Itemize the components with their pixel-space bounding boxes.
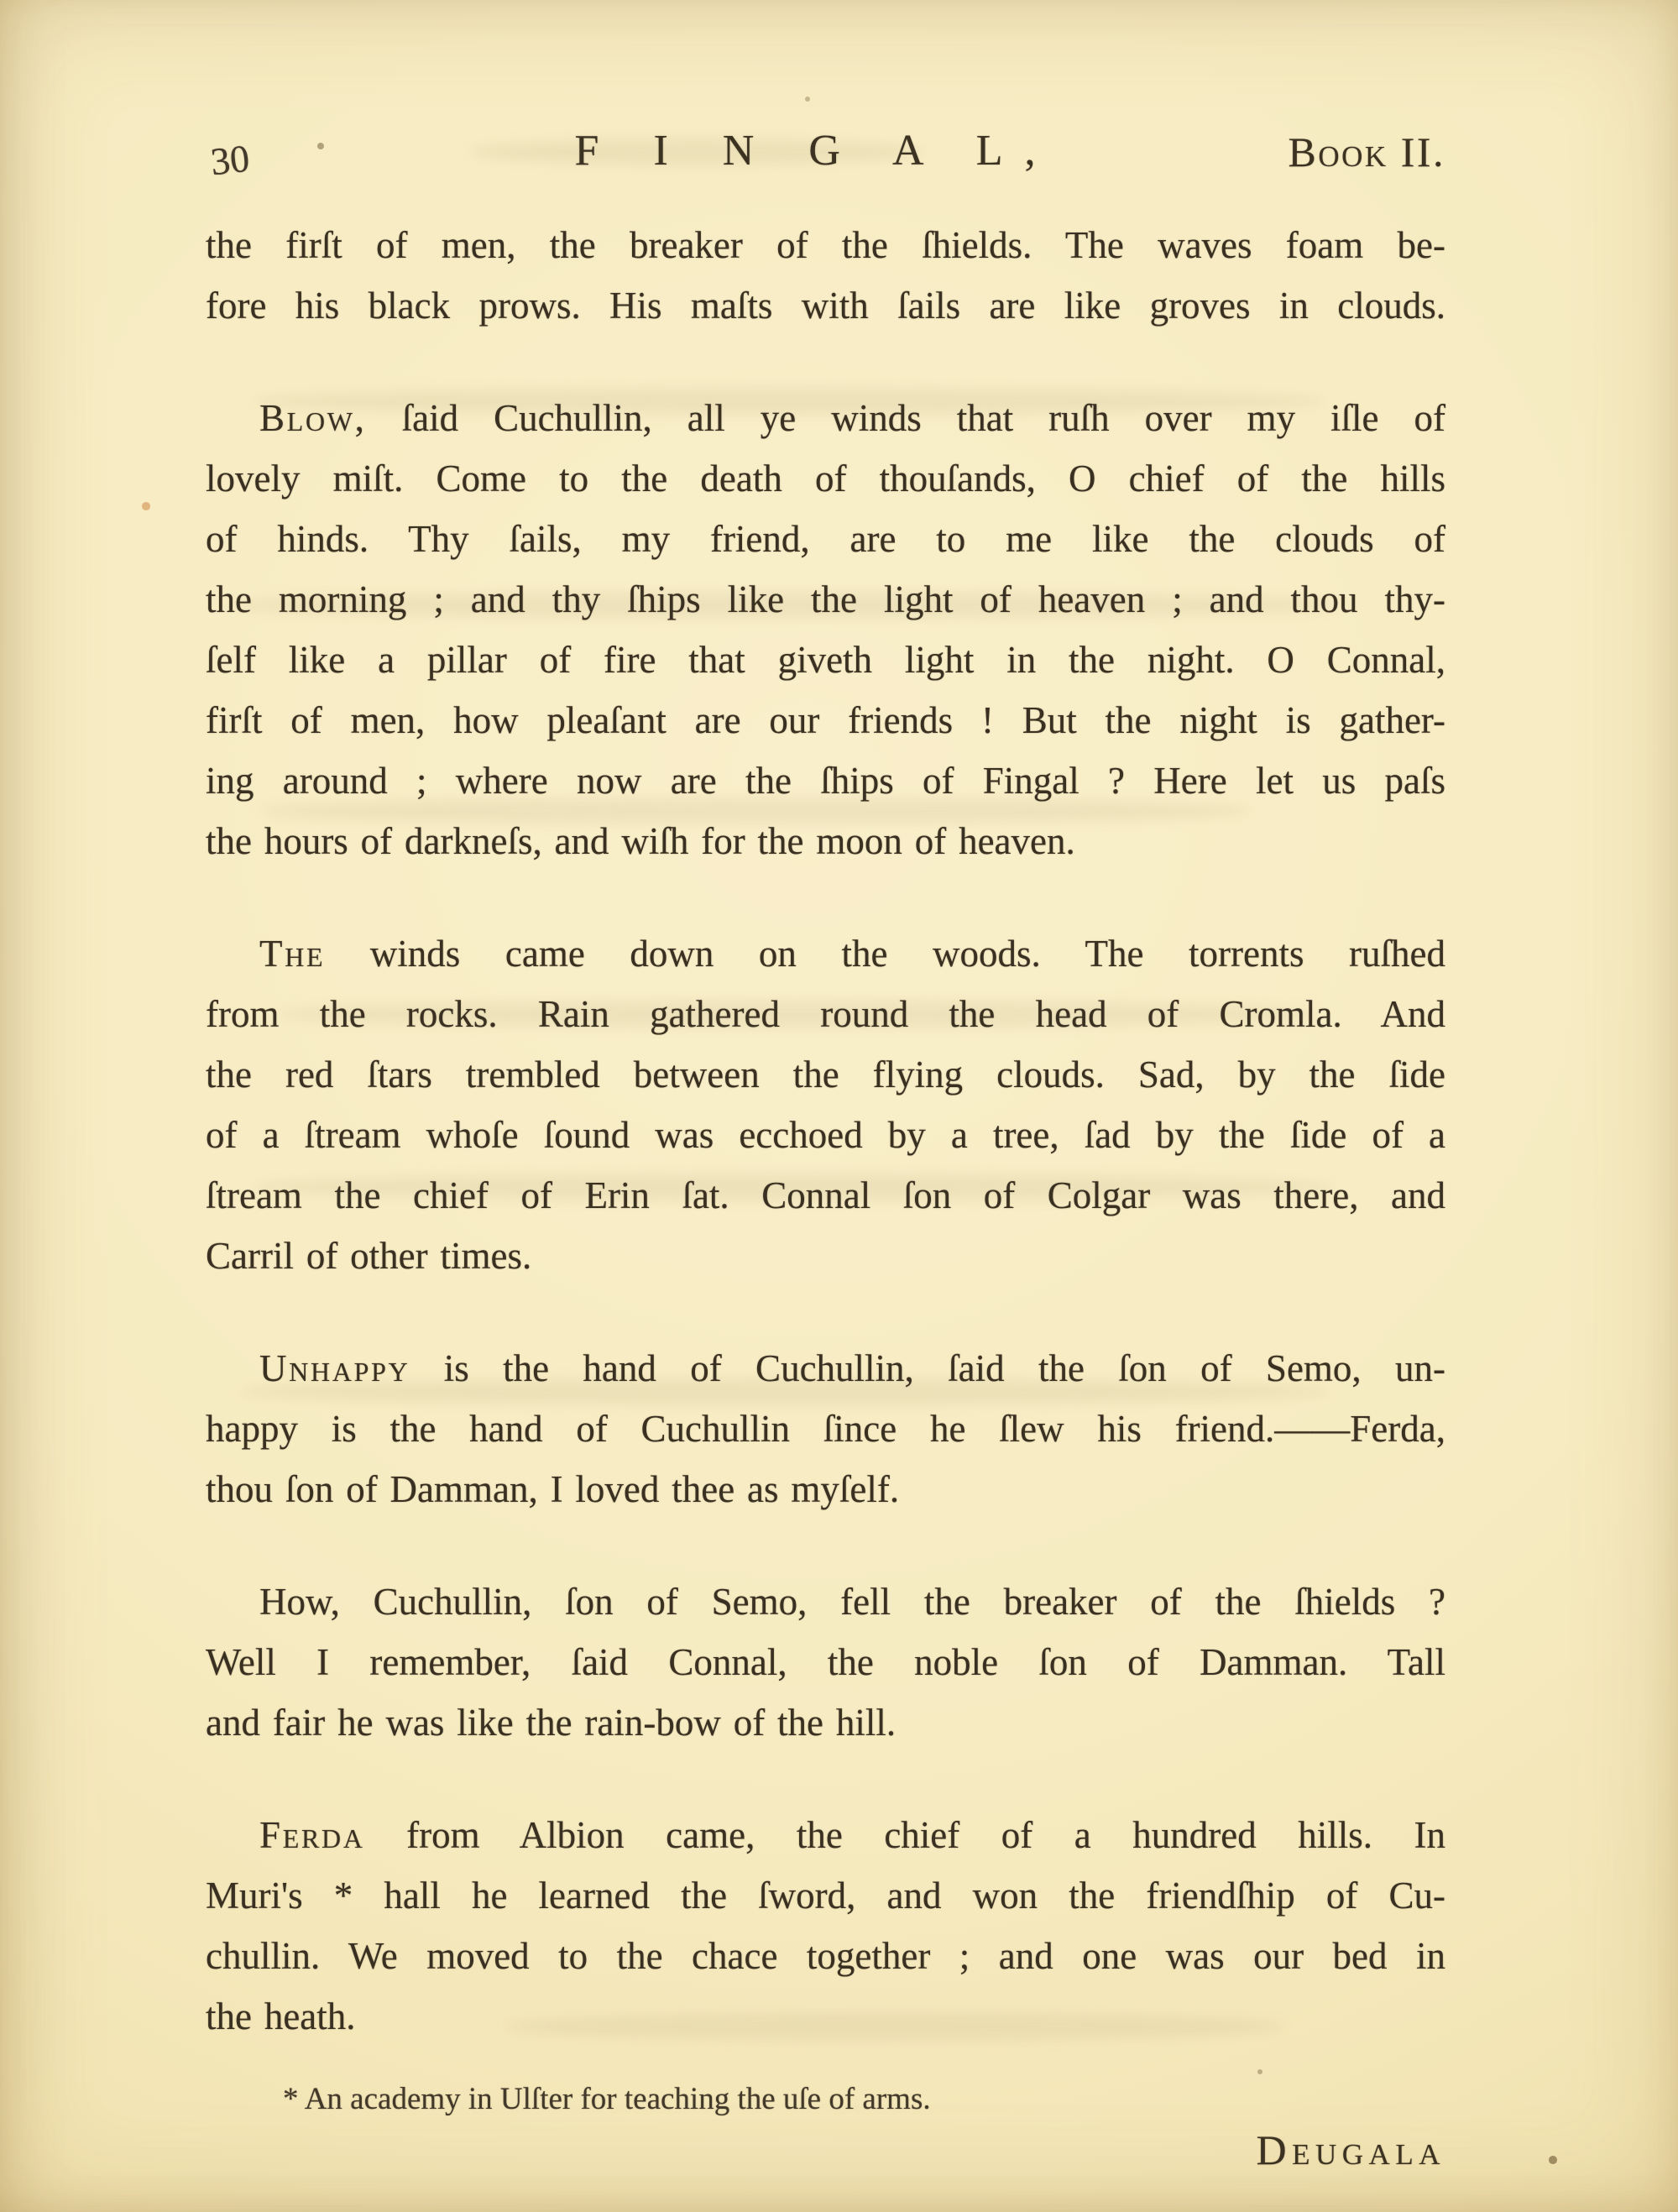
text-line: ing around ; where now are the ſhips of …: [206, 750, 1445, 811]
paragraph: The winds came down on the woods. The to…: [206, 923, 1445, 1286]
paragraph-lead: Ferda: [259, 1814, 365, 1856]
text-line: ſtream the chief of Erin ſat. Connal ſon…: [206, 1165, 1445, 1226]
paragraph: the firſt of men, the breaker of the ſhi…: [206, 215, 1445, 336]
text-line-content: firſt of men, how pleaſant are our frien…: [206, 699, 1445, 741]
text-line: the morning ; and thy ſhips like the lig…: [206, 569, 1445, 630]
text-line: from the rocks. Rain gathered round the …: [206, 984, 1445, 1044]
text-block: 30 F I N G A L, Book II. the firſt of me…: [206, 126, 1445, 2174]
text-line-content: thou ſon of Damman, I loved thee as myſe…: [206, 1468, 899, 1510]
page-number: 30: [208, 136, 251, 185]
text-line: of a ſtream whoſe ſound was ecchoed by a…: [206, 1105, 1445, 1165]
paragraph-lead: Blow,: [259, 397, 367, 439]
text-line: chullin. We moved to the chace together …: [206, 1926, 1445, 1986]
text-line: Carril of other times.: [206, 1226, 1445, 1286]
text-line-content: from Albion came, the chief of a hundred…: [365, 1814, 1445, 1856]
text-line-content: ſelf like a pillar of fire that giveth l…: [206, 639, 1445, 681]
paragraph-lead: The: [259, 933, 325, 975]
text-line-content: the hours of darkneſs, and wiſh for the …: [206, 820, 1075, 862]
text-line-content: of a ſtream whoſe ſound was ecchoed by a…: [206, 1114, 1445, 1156]
text-line-content: chullin. We moved to the chace together …: [206, 1935, 1445, 1977]
text-line-content: is the hand of Cuchullin, ſaid the ſon o…: [410, 1347, 1445, 1389]
text-line: the firſt of men, the breaker of the ſhi…: [206, 215, 1445, 275]
text-line: happy is the hand of Cuchullin ſince he …: [206, 1399, 1445, 1459]
paragraph: Ferda from Albion came, the chief of a h…: [206, 1805, 1445, 2047]
text-line-content: ing around ; where now are the ſhips of …: [206, 760, 1445, 802]
catchword: Deugala: [206, 2126, 1445, 2174]
text-line-content: Muri's * hall he learned the ſword, and …: [206, 1875, 1445, 1917]
text-line: the red ſtars trembled between the flyin…: [206, 1044, 1445, 1105]
text-line-content: fore his black prows. His maſts with ſai…: [206, 285, 1445, 327]
text-line-content: the red ſtars trembled between the flyin…: [206, 1054, 1445, 1096]
text-line-content: happy is the hand of Cuchullin ſince he …: [206, 1408, 1445, 1450]
text-line-content: winds came down on the woods. The torren…: [325, 933, 1445, 975]
book-page-scan: 30 F I N G A L, Book II. the firſt of me…: [0, 0, 1678, 2212]
page-title: F I N G A L,: [575, 126, 1058, 175]
text-line: firſt of men, how pleaſant are our frien…: [206, 690, 1445, 750]
text-line-content: and fair he was like the rain-bow of the…: [206, 1702, 896, 1744]
book-label: Book II.: [1289, 128, 1445, 176]
paragraph-lead: Unhappy: [259, 1347, 410, 1389]
text-line-content: the heath.: [206, 1995, 356, 2037]
body-text: the firſt of men, the breaker of the ſhi…: [206, 215, 1445, 2047]
text-line-content: Well I remember, ſaid Connal, the noble …: [206, 1641, 1445, 1683]
text-line-content: lovely miſt. Come to the death of thouſa…: [206, 458, 1445, 499]
text-line: Unhappy is the hand of Cuchullin, ſaid t…: [206, 1338, 1445, 1399]
text-line: of hinds. Thy ſails, my friend, are to m…: [206, 509, 1445, 569]
text-line: Blow, ſaid Cuchullin, all ye winds that …: [206, 388, 1445, 448]
text-line: The winds came down on the woods. The to…: [206, 923, 1445, 984]
text-line-content: the firſt of men, the breaker of the ſhi…: [206, 224, 1445, 266]
text-line-content: Carril of other times.: [206, 1235, 531, 1277]
text-line-content: ſtream the chief of Erin ſat. Connal ſon…: [206, 1174, 1445, 1216]
paragraph: How, Cuchullin, ſon of Semo, fell the br…: [206, 1571, 1445, 1753]
text-line: ſelf like a pillar of fire that giveth l…: [206, 630, 1445, 690]
text-line: thou ſon of Damman, I loved thee as myſe…: [206, 1459, 1445, 1519]
text-line: the heath.: [206, 1986, 1445, 2047]
text-line: fore his black prows. His maſts with ſai…: [206, 275, 1445, 336]
footnote: * An academy in Ulſter for teaching the …: [206, 2079, 1445, 2120]
text-line: and fair he was like the rain-bow of the…: [206, 1692, 1445, 1753]
text-line-content: ſaid Cuchullin, all ye winds that ruſh o…: [367, 397, 1445, 439]
paragraph: Blow, ſaid Cuchullin, all ye winds that …: [206, 388, 1445, 871]
text-line-content: the morning ; and thy ſhips like the lig…: [206, 578, 1445, 620]
text-line: the hours of darkneſs, and wiſh for the …: [206, 811, 1445, 871]
paragraph: Unhappy is the hand of Cuchullin, ſaid t…: [206, 1338, 1445, 1519]
text-line: Muri's * hall he learned the ſword, and …: [206, 1865, 1445, 1926]
text-line: Ferda from Albion came, the chief of a h…: [206, 1805, 1445, 1865]
text-line-content: from the rocks. Rain gathered round the …: [206, 993, 1445, 1035]
text-line: Well I remember, ſaid Connal, the noble …: [206, 1632, 1445, 1692]
text-line: How, Cuchullin, ſon of Semo, fell the br…: [206, 1571, 1445, 1632]
running-header: 30 F I N G A L, Book II.: [206, 126, 1445, 198]
text-line-content: of hinds. Thy ſails, my friend, are to m…: [206, 518, 1445, 560]
text-line: lovely miſt. Come to the death of thouſa…: [206, 448, 1445, 509]
text-line-content: How, Cuchullin, ſon of Semo, fell the br…: [259, 1581, 1445, 1623]
scan-speck: [0, 0, 3, 3]
